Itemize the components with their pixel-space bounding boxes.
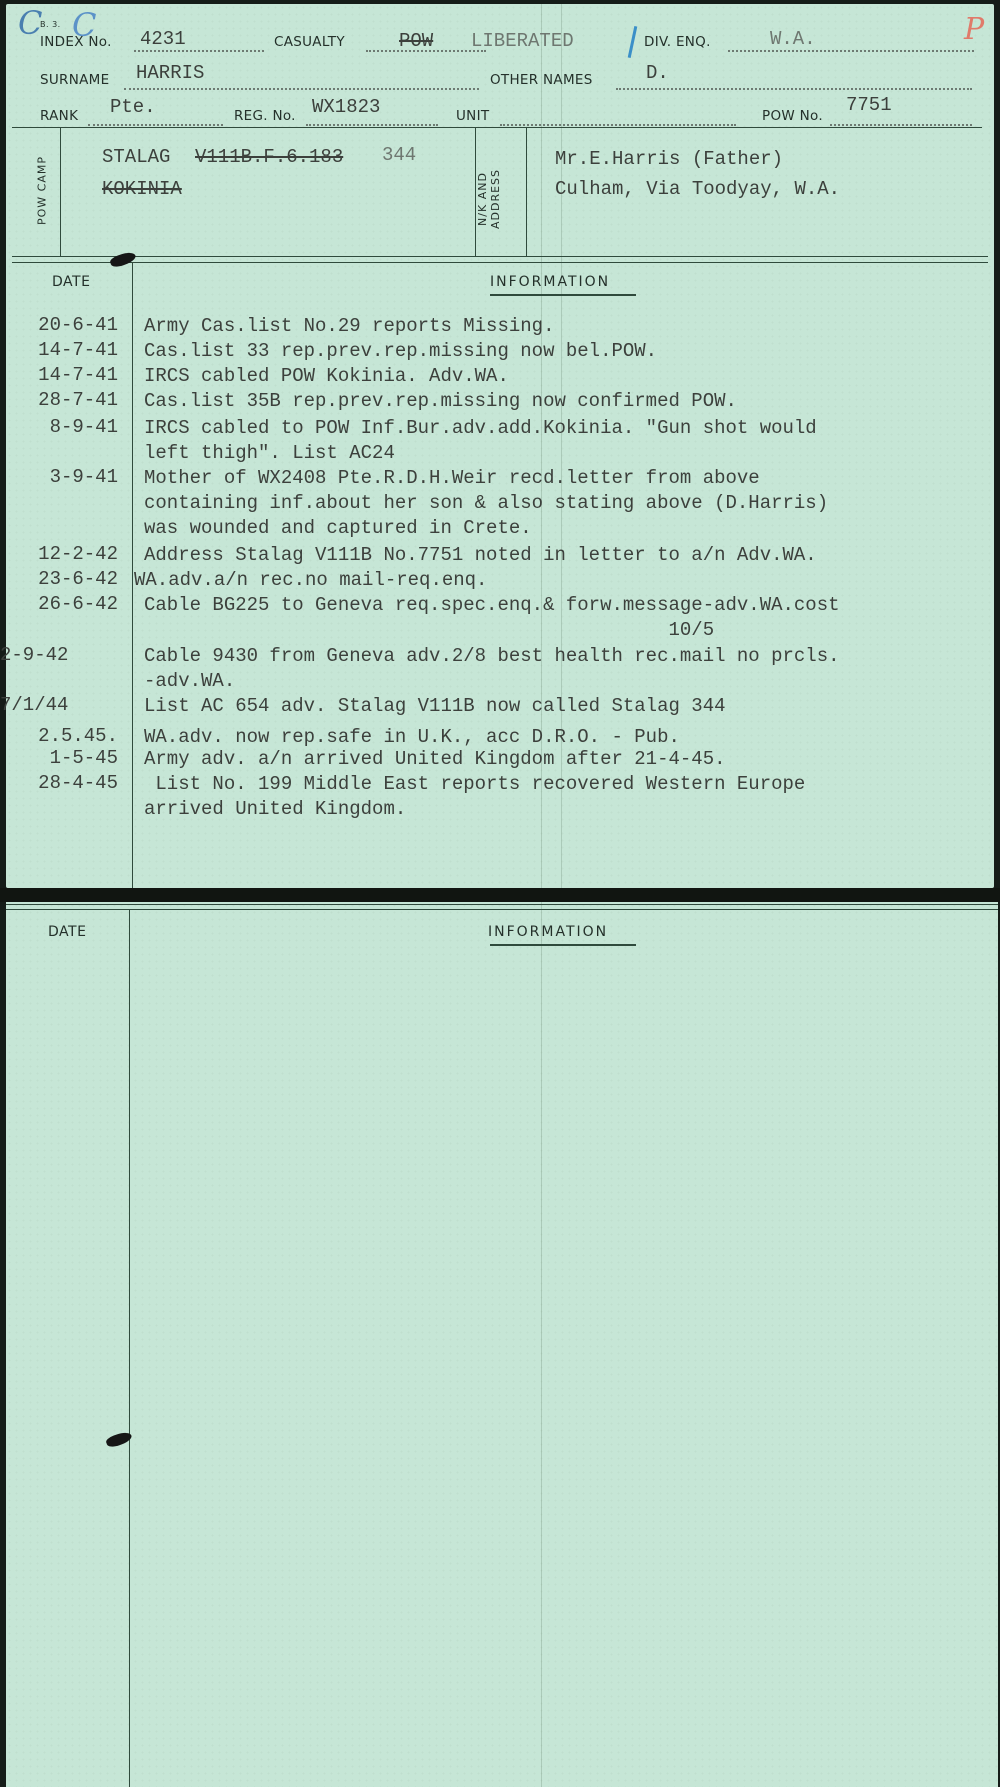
entry-information: List AC 654 adv. Stalag V111B now called… xyxy=(144,694,726,719)
back-date-column-divider xyxy=(129,910,130,1787)
dotted-line xyxy=(134,50,264,52)
dotted-line xyxy=(88,124,223,126)
information-column-header: INFORMATION xyxy=(490,274,610,290)
entry-date: 14-7-41 xyxy=(6,364,118,386)
dotted-line xyxy=(616,88,972,90)
pow-camp-line1-prefix: STALAG xyxy=(102,146,170,168)
nok-name: Mr.E.Harris (Father) xyxy=(555,148,783,170)
nok-address: Culham, Via Toodyay, W.A. xyxy=(555,178,840,200)
nok-label-line1: N/K AND xyxy=(476,154,489,244)
entry-date: 12-2-42 xyxy=(6,543,118,565)
header-underline xyxy=(490,944,636,946)
record-card-back: DATE INFORMATION xyxy=(6,902,998,1787)
pencil-annotation: C xyxy=(18,4,42,42)
entry-information: Cable 9430 from Geneva adv.2/8 best heal… xyxy=(144,644,840,694)
other-names-value: D. xyxy=(646,62,669,84)
entry-date: 28-4-45 xyxy=(6,772,118,794)
index-value: 4231 xyxy=(140,28,186,50)
entry-date: 3-9-41 xyxy=(6,466,118,488)
rule xyxy=(12,256,988,257)
rank-label: RANK xyxy=(40,108,78,124)
card-gap xyxy=(0,888,1000,902)
reg-no-value: WX1823 xyxy=(312,96,380,118)
rank-value: Pte. xyxy=(110,96,156,118)
div-enq-label: DIV. ENQ. xyxy=(644,34,711,50)
entry-information: Cas.list 33 rep.prev.rep.missing now bel… xyxy=(144,339,657,364)
rule xyxy=(12,262,988,263)
dotted-line xyxy=(124,88,479,90)
entry-information: WA.adv.a/n rec.no mail-req.enq. xyxy=(134,568,487,593)
back-date-column-header: DATE xyxy=(48,924,86,940)
entry-date: 2-9-42 xyxy=(0,644,110,666)
entry-information: IRCS cabled to POW Inf.Bur.adv.add.Kokin… xyxy=(144,416,817,466)
entry-date: 7/1/44 xyxy=(0,694,110,716)
entry-information: Address Stalag V111B No.7751 noted in le… xyxy=(144,543,817,568)
dotted-line xyxy=(500,124,736,126)
surname-label: SURNAME xyxy=(40,72,109,88)
entry-information: Cable BG225 to Geneva req.spec.enq.& for… xyxy=(144,593,840,643)
header-underline xyxy=(490,294,636,296)
pow-camp-label: POW CAMP xyxy=(36,141,49,241)
dotted-line xyxy=(728,50,974,52)
rule xyxy=(6,904,998,905)
unit-label: UNIT xyxy=(456,108,489,124)
entry-date: 8-9-41 xyxy=(6,416,118,438)
entry-date: 14-7-41 xyxy=(6,339,118,361)
rule xyxy=(60,128,61,256)
casualty-label: CASUALTY xyxy=(274,34,345,50)
entry-information: IRCS cabled POW Kokinia. Adv.WA. xyxy=(144,364,509,389)
pow-no-value: 7751 xyxy=(846,94,892,116)
index-label: INDEX No. xyxy=(40,34,112,50)
nok-label-block: N/K AND ADDRESS xyxy=(472,164,532,224)
entry-date: 26-6-42 xyxy=(6,593,118,615)
date-column-header: DATE xyxy=(52,274,90,290)
rule xyxy=(12,127,982,128)
entry-date: 28-7-41 xyxy=(6,389,118,411)
entry-date: 1-5-45 xyxy=(6,747,118,769)
form-code: B. 3. xyxy=(40,20,61,29)
casualty-value: LIBERATED xyxy=(471,30,574,52)
casualty-struck: POW xyxy=(399,30,433,52)
pow-camp-line2-struck: KOKINIA xyxy=(102,178,182,200)
date-column-divider xyxy=(132,262,133,888)
dotted-line xyxy=(306,124,438,126)
entry-information: Army adv. a/n arrived United Kingdom aft… xyxy=(144,747,726,772)
pow-no-label: POW No. xyxy=(762,108,823,124)
reg-no-label: REG. No. xyxy=(234,108,296,124)
pow-camp-line1-value: 344 xyxy=(382,144,416,166)
dotted-line xyxy=(830,124,972,126)
blue-pen-mark xyxy=(628,26,638,58)
pow-camp-line1-struck: V111B.F.6.183 xyxy=(195,146,343,168)
other-names-label: OTHER NAMES xyxy=(490,72,593,88)
div-enq-value: W.A. xyxy=(770,28,816,50)
entry-information: Mother of WX2408 Pte.R.D.H.Weir recd.let… xyxy=(144,466,828,541)
entry-information: List No. 199 Middle East reports recover… xyxy=(144,772,805,822)
back-information-column-header: INFORMATION xyxy=(488,924,608,940)
rule xyxy=(6,909,998,910)
entry-information: Cas.list 35B rep.prev.rep.missing now co… xyxy=(144,389,737,414)
record-card-front: C C P B. 3. INDEX No. 4231 CASUALTY POW … xyxy=(6,4,994,888)
fold-line xyxy=(541,902,542,1787)
surname-value: HARRIS xyxy=(136,62,204,84)
entry-date: 2.5.45. xyxy=(6,725,118,747)
entry-information: Army Cas.list No.29 reports Missing. xyxy=(144,314,554,339)
entry-date: 20-6-41 xyxy=(6,314,118,336)
entry-date: 23-6-42 xyxy=(6,568,118,590)
nok-label-line2: ADDRESS xyxy=(489,154,502,244)
red-annotation: P xyxy=(964,12,984,47)
